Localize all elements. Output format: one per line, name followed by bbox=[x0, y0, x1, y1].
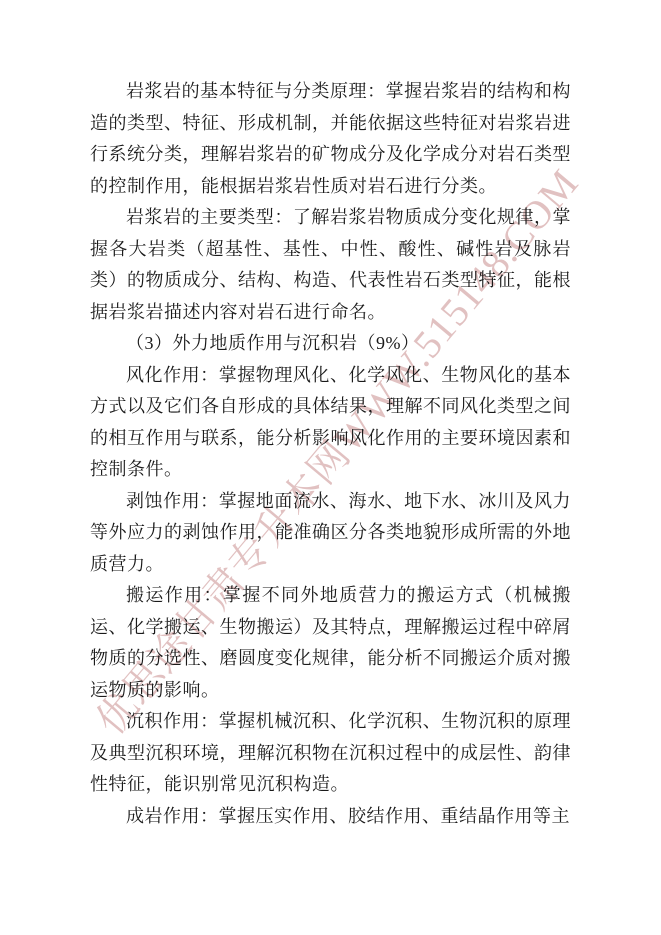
paragraph-diagenesis: 成岩作用：掌握压实作用、胶结作用、重结晶作用等主 bbox=[90, 801, 571, 833]
paragraph-denudation: 剥蚀作用：掌握地面流水、海水、地下水、冰川及风力等外应力的剥蚀作用，能准确区分各… bbox=[90, 486, 571, 581]
paragraph-igneous-types: 岩浆岩的主要类型：了解岩浆岩物质成分变化规律，掌握各大岩类（超基性、基性、中性、… bbox=[90, 202, 571, 328]
paragraph-section-heading: （3）外力地质作用与沉积岩（9%） bbox=[90, 328, 571, 360]
paragraph-weathering: 风化作用：掌握物理风化、化学风化、生物风化的基本方式以及它们各自形成的具体结果，… bbox=[90, 360, 571, 486]
paragraph-sedimentation: 沉积作用：掌握机械沉积、化学沉积、生物沉积的原理及典型沉积环境，理解沉积物在沉积… bbox=[90, 706, 571, 801]
paragraph-igneous-features: 岩浆岩的基本特征与分类原理：掌握岩浆岩的结构和构造的类型、特征、形成机制，并能依… bbox=[90, 76, 571, 202]
document-content: 岩浆岩的基本特征与分类原理：掌握岩浆岩的结构和构造的类型、特征、形成机制，并能依… bbox=[90, 76, 571, 832]
document-page: 优思途甘肃专升本网WWW.515148.COM 岩浆岩的基本特征与分类原理：掌握… bbox=[0, 0, 661, 935]
paragraph-transportation: 搬运作用：掌握不同外地质营力的搬运方式（机械搬运、化学搬运、生物搬运）及其特点，… bbox=[90, 580, 571, 706]
